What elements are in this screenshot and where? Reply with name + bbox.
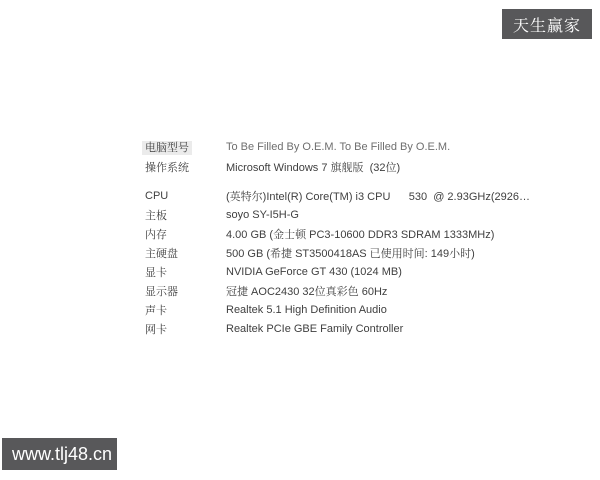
spec-value: 4.00 GB (金士顿 PC3-10600 DDR3 SDRAM 1333MH… — [226, 226, 494, 242]
spec-row-nic[interactable]: 网卡 Realtek PCIe GBE Family Controller — [145, 319, 530, 338]
spec-label: 声卡 — [145, 302, 226, 318]
spec-row-monitor[interactable]: 显示器 冠捷 AOC2430 32位真彩色 60Hz — [145, 281, 530, 300]
spec-row-computer-model[interactable]: 电脑型号 To Be Filled By O.E.M. To Be Filled… — [145, 137, 530, 157]
spec-label: 电脑型号 — [145, 139, 226, 155]
watermark-site-badge: www.tlj48.cn — [2, 438, 117, 470]
watermark-site-text: www.tlj48.cn — [12, 444, 112, 465]
spec-label: 内存 — [145, 226, 226, 242]
spec-label: 主板 — [145, 207, 226, 223]
spec-row-cpu[interactable]: CPU (英特尔)Intel(R) Core(TM) i3 CPU 530 @ … — [145, 186, 530, 205]
spec-row-gpu[interactable]: 显卡 NVIDIA GeForce GT 430 (1024 MB) — [145, 262, 530, 281]
spec-label: 网卡 — [145, 321, 226, 337]
spec-value: Microsoft Windows 7 旗舰版 (32位) — [226, 159, 400, 175]
spec-label: 操作系统 — [145, 159, 226, 175]
spec-value: 冠捷 AOC2430 32位真彩色 60Hz — [226, 283, 387, 299]
spec-row-hdd[interactable]: 主硬盘 500 GB (希捷 ST3500418AS 已使用时间: 149小时) — [145, 243, 530, 262]
spec-value: (英特尔)Intel(R) Core(TM) i3 CPU 530 @ 2.93… — [226, 188, 530, 204]
spec-label: 显卡 — [145, 264, 226, 280]
spec-value: Realtek 5.1 High Definition Audio — [226, 304, 387, 316]
spec-label: CPU — [145, 190, 226, 202]
spec-row-sound[interactable]: 声卡 Realtek 5.1 High Definition Audio — [145, 300, 530, 319]
spec-label: 主硬盘 — [145, 245, 226, 261]
watermark-brand-text: 天生赢家 — [513, 13, 581, 36]
spec-value: 500 GB (希捷 ST3500418AS 已使用时间: 149小时) — [226, 245, 475, 261]
spec-row-motherboard[interactable]: 主板 soyo SY-I5H-G — [145, 205, 530, 224]
spec-row-memory[interactable]: 内存 4.00 GB (金士顿 PC3-10600 DDR3 SDRAM 133… — [145, 224, 530, 243]
spec-group-system: 电脑型号 To Be Filled By O.E.M. To Be Filled… — [145, 137, 530, 177]
spec-value: Realtek PCIe GBE Family Controller — [226, 323, 403, 335]
spec-value: soyo SY-I5H-G — [226, 209, 299, 221]
spec-value: NVIDIA GeForce GT 430 (1024 MB) — [226, 266, 402, 278]
spec-row-os[interactable]: 操作系统 Microsoft Windows 7 旗舰版 (32位) — [145, 157, 530, 177]
spec-value: To Be Filled By O.E.M. To Be Filled By O… — [226, 141, 450, 153]
system-spec-table: 电脑型号 To Be Filled By O.E.M. To Be Filled… — [145, 137, 530, 338]
watermark-brand-badge: 天生赢家 — [502, 9, 592, 39]
spec-group-hardware: CPU (英特尔)Intel(R) Core(TM) i3 CPU 530 @ … — [145, 186, 530, 338]
spec-label: 显示器 — [145, 283, 226, 299]
